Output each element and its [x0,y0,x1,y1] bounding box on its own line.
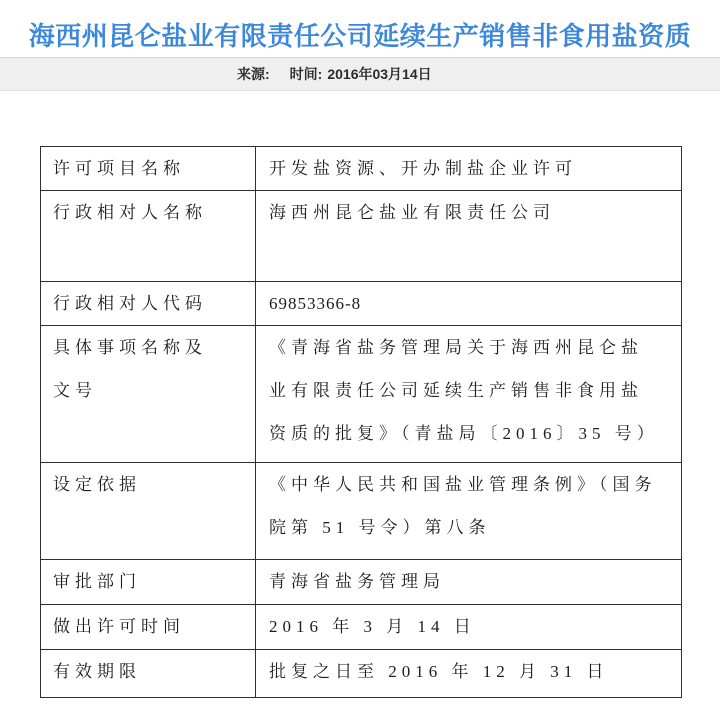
license-table-body: 许可项目名称开发盐资源、开办制盐企业许可行政相对人名称海西州昆仑盐业有限责任公司… [41,147,682,698]
cell-line: 许可项目名称 [53,147,249,190]
cell-line: 业有限责任公司延续生产销售非食用盐 [269,369,675,412]
page-title: 海西州昆仑盐业有限责任公司延续生产销售非食用盐资质 [0,0,720,57]
row-value: 海西州昆仑盐业有限责任公司 [256,191,682,282]
row-value: 青海省盐务管理局 [256,560,682,605]
license-table: 许可项目名称开发盐资源、开办制盐企业许可行政相对人名称海西州昆仑盐业有限责任公司… [40,146,682,698]
row-value: 69853366-8 [256,282,682,326]
table-row: 具体事项名称及文号《青海省盐务管理局关于海西州昆仑盐业有限责任公司延续生产销售非… [41,326,682,463]
cell-line: 69853366-8 [269,282,675,325]
row-label: 设定依据 [41,463,256,560]
row-value: 2016 年 3 月 14 日 [256,605,682,650]
cell-line: 具体事项名称及 [53,326,249,369]
row-label: 许可项目名称 [41,147,256,191]
cell-line: 海西州昆仑盐业有限责任公司 [269,191,675,234]
table-row: 有效期限批复之日至 2016 年 12 月 31 日 [41,650,682,698]
row-value: 《中华人民共和国盐业管理条例》（国务院第 51 号令）第八条 [256,463,682,560]
source-label: 来源: [237,64,270,84]
cell-line: 《青海省盐务管理局关于海西州昆仑盐 [269,326,675,369]
table-row: 审批部门青海省盐务管理局 [41,560,682,605]
row-label: 行政相对人名称 [41,191,256,282]
cell-line: 青海省盐务管理局 [269,560,675,603]
row-value: 《青海省盐务管理局关于海西州昆仑盐业有限责任公司延续生产销售非食用盐资质的批复》… [256,326,682,463]
row-label: 审批部门 [41,560,256,605]
table-row: 许可项目名称开发盐资源、开办制盐企业许可 [41,147,682,191]
table-row: 行政相对人代码69853366-8 [41,282,682,326]
row-value: 批复之日至 2016 年 12 月 31 日 [256,650,682,698]
cell-line: 开发盐资源、开办制盐企业许可 [269,147,675,190]
cell-line: 行政相对人名称 [53,191,249,234]
cell-line: 资质的批复》（青盐局〔2016〕35 号） [269,412,675,455]
cell-line: 有效期限 [53,650,249,693]
time-label: 时间: [290,64,323,84]
table-row: 做出许可时间2016 年 3 月 14 日 [41,605,682,650]
row-label: 做出许可时间 [41,605,256,650]
cell-line: 审批部门 [53,560,249,603]
cell-line: 2016 年 3 月 14 日 [269,605,675,648]
table-row: 行政相对人名称海西州昆仑盐业有限责任公司 [41,191,682,282]
row-label: 有效期限 [41,650,256,698]
row-value: 开发盐资源、开办制盐企业许可 [256,147,682,191]
cell-line: 《中华人民共和国盐业管理条例》（国务 [269,463,675,506]
time-value: 2016年03月14日 [327,64,431,84]
cell-line: 设定依据 [53,463,249,506]
table-row: 设定依据《中华人民共和国盐业管理条例》（国务院第 51 号令）第八条 [41,463,682,560]
cell-line: 批复之日至 2016 年 12 月 31 日 [269,650,675,693]
cell-line: 做出许可时间 [53,605,249,648]
cell-line: 行政相对人代码 [53,282,249,325]
cell-line: 文号 [53,369,249,412]
row-label: 行政相对人代码 [41,282,256,326]
row-label: 具体事项名称及文号 [41,326,256,463]
meta-bar: 来源: 时间: 2016年03月14日 [0,57,720,91]
cell-line: 院第 51 号令）第八条 [269,506,675,549]
